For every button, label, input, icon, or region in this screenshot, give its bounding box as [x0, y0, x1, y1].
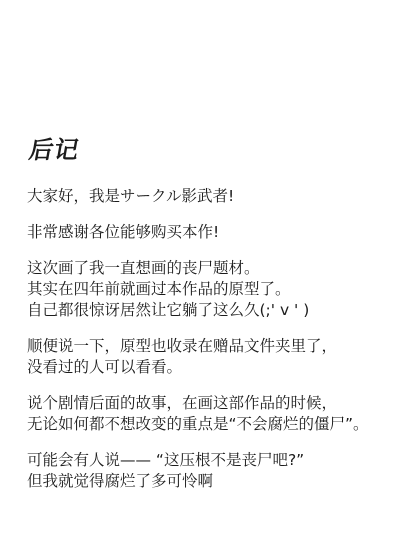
closing-remark-paragraph: 可能会有人说—— “这压根不是丧尸吧?” 但我就觉得腐烂了多可怜啊: [27, 450, 392, 492]
text-line: 大家好，我是サークル影武者!: [27, 186, 392, 207]
text-line: 顺便说一下，原型也收录在赠品文件夹里了，: [27, 336, 392, 357]
bonus-folder-paragraph: 顺便说一下，原型也收录在赠品文件夹里了， 没看过的人可以看看。: [27, 336, 392, 378]
text-line: 但我就觉得腐烂了多可怜啊: [27, 471, 392, 492]
text-line: 可能会有人说—— “这压根不是丧尸吧?”: [27, 450, 392, 471]
text-line: 这次画了我一直想画的丧尸题材。: [27, 258, 392, 279]
thanks-paragraph: 非常感谢各位能够购买本作!: [27, 222, 392, 243]
text-line: 无论如何都不想改变的重点是“不会腐烂的僵尸”。: [27, 414, 392, 435]
theme-paragraph: 这次画了我一直想画的丧尸题材。 其实在四年前就画过本作品的原型了。 自己都很惊讶…: [27, 258, 392, 321]
story-background-paragraph: 说个剧情后面的故事，在画这部作品的时候， 无论如何都不想改变的重点是“不会腐烂的…: [27, 393, 392, 435]
page-title: 后记: [27, 137, 82, 164]
afterword-page: 后记 大家好，我是サークル影武者! 非常感谢各位能够购买本作! 这次画了我一直想…: [0, 0, 400, 533]
text-line: 非常感谢各位能够购买本作!: [27, 222, 392, 243]
text-line: 没看过的人可以看看。: [27, 357, 392, 378]
text-line: 其实在四年前就画过本作品的原型了。: [27, 279, 392, 300]
text-line: 自己都很惊讶居然让它躺了这么久(;' v ' ): [27, 300, 392, 321]
greeting-paragraph: 大家好，我是サークル影武者!: [27, 186, 392, 207]
text-line: 说个剧情后面的故事，在画这部作品的时候，: [27, 393, 392, 414]
